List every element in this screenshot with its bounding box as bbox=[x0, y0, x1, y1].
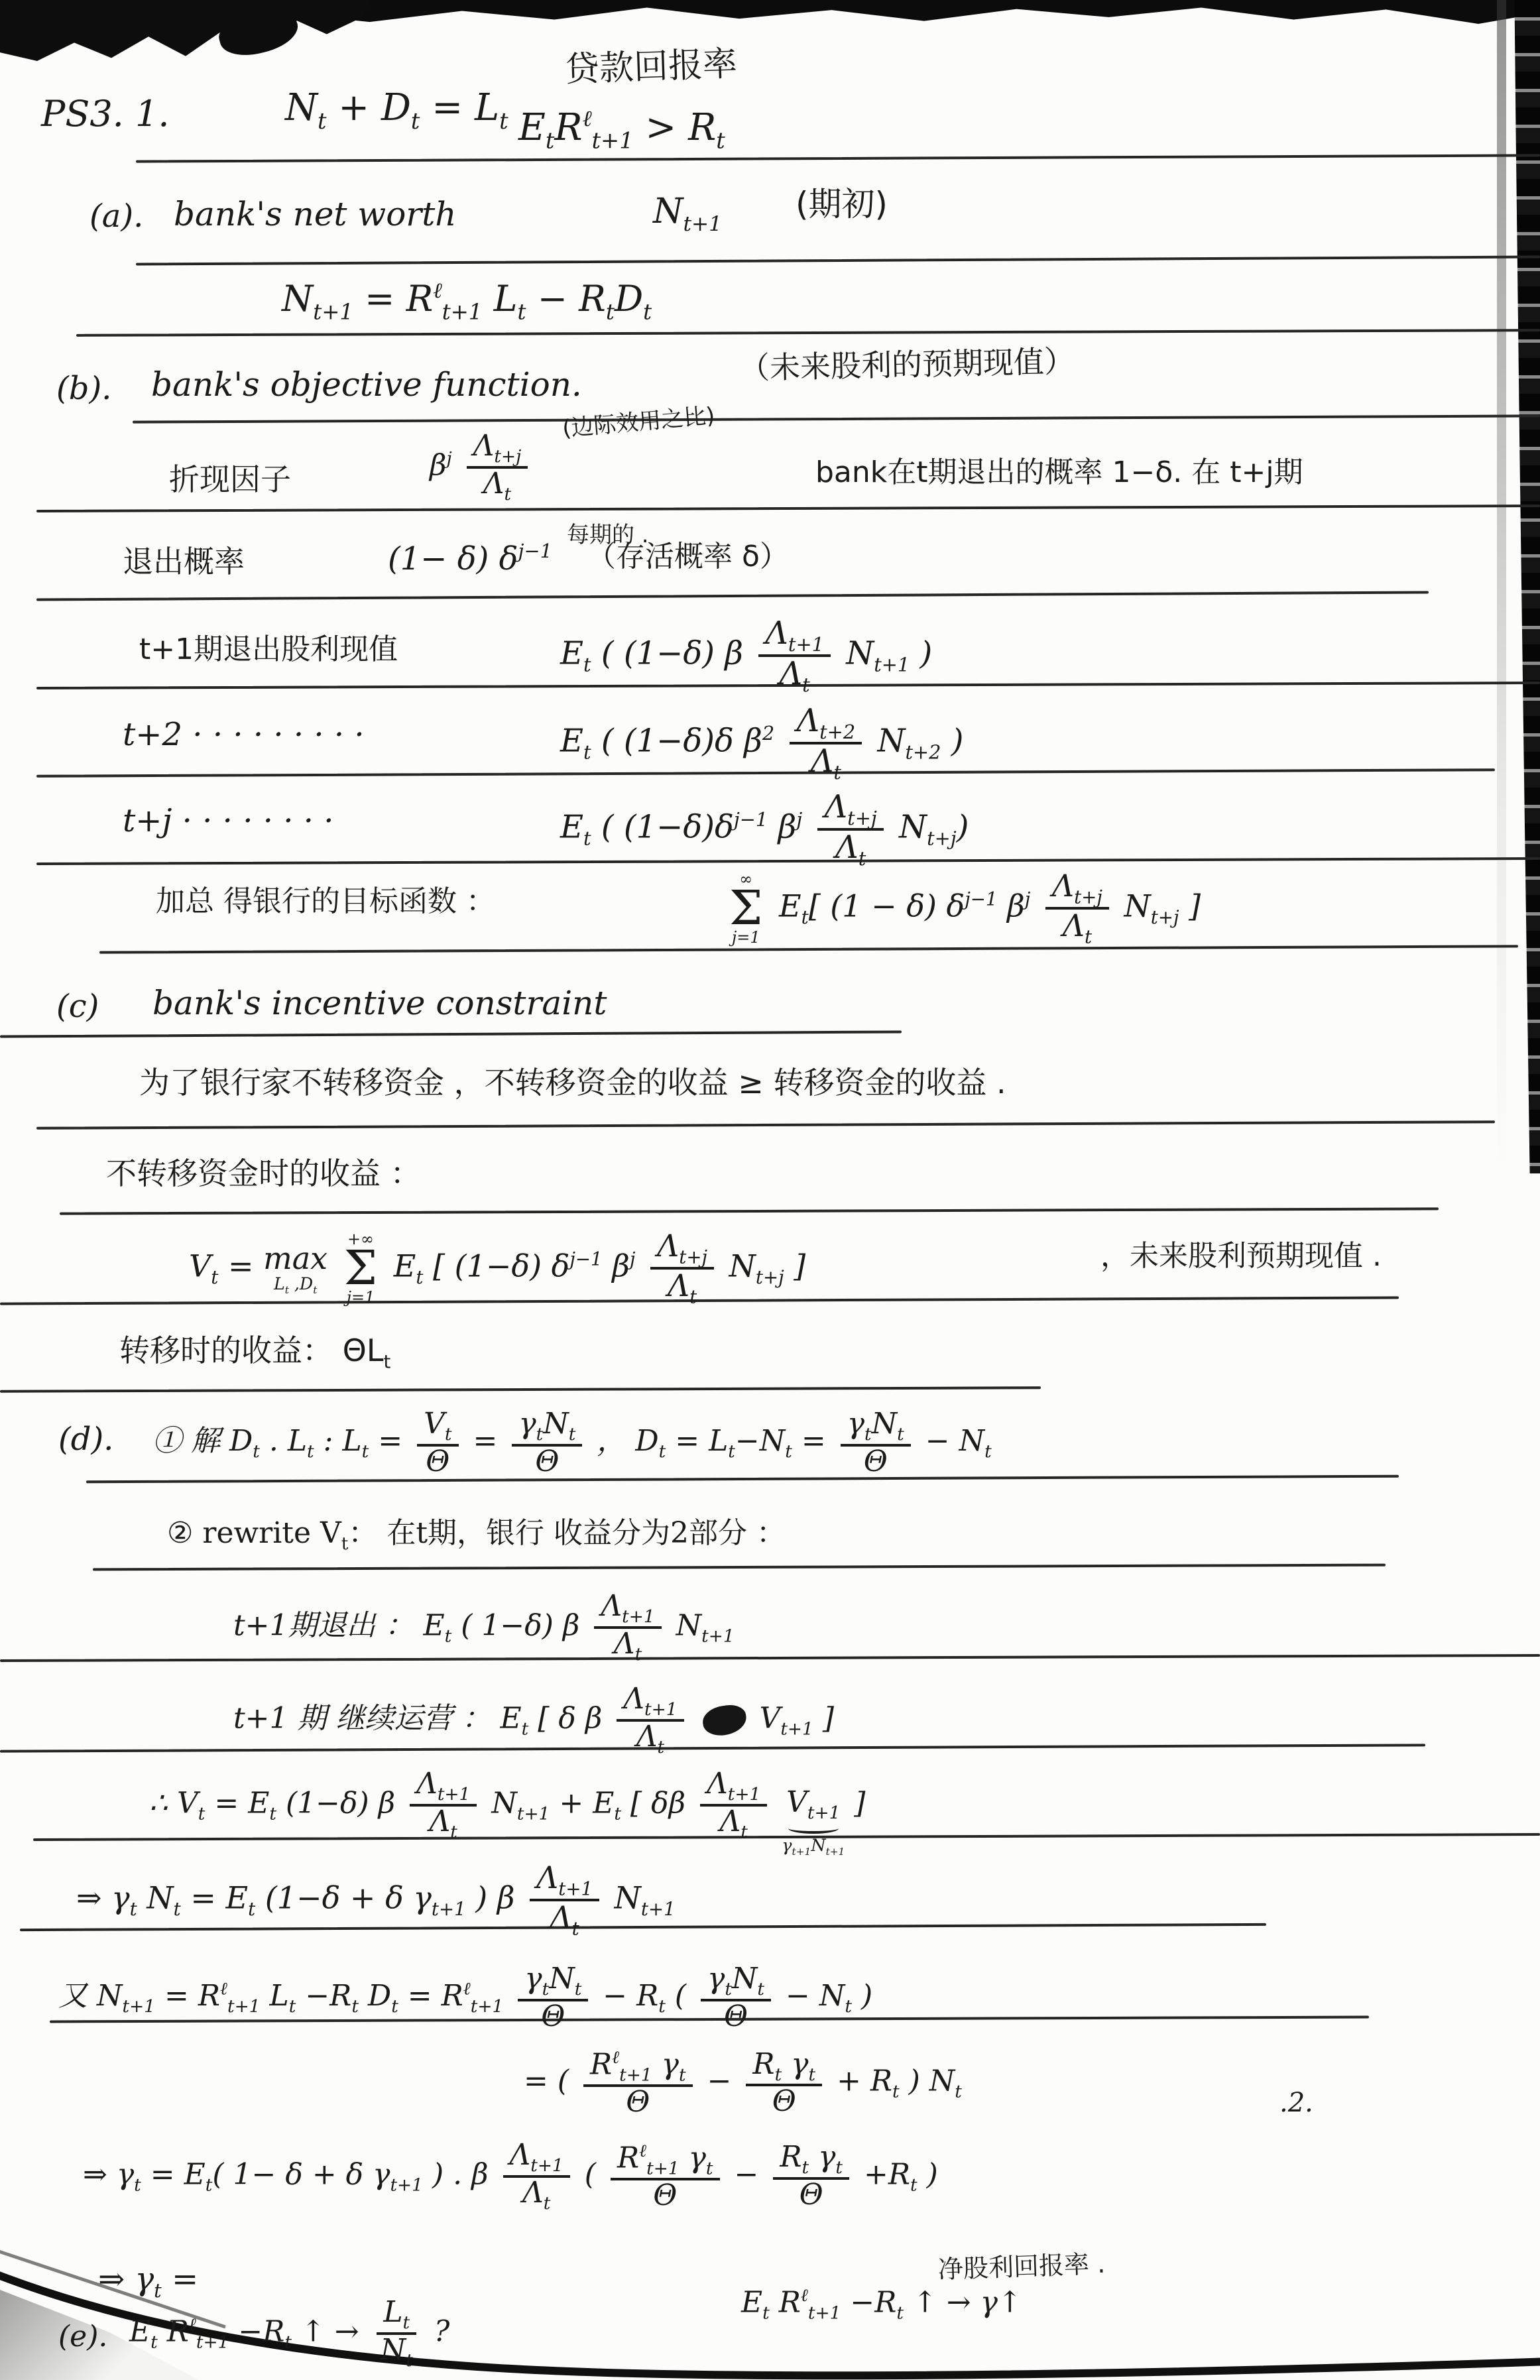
line-d2-rewrite: ② rewrite Vt： 在t期，银行 收益分为2部分 ： bbox=[167, 1517, 786, 1554]
line-c-argument: 为了银行家不转移资金 ，不转移资金的收益 ≥ 转移资金的收益 . bbox=[139, 1066, 1006, 1101]
ruled-line bbox=[133, 414, 1540, 423]
line-e-formula: Et Rℓt+1 −Rt ↑ → LtNt ? bbox=[129, 2297, 449, 2370]
line-c-no-transfer: 不转移资金时的收益 ： bbox=[106, 1157, 421, 1191]
ruled-line bbox=[0, 1386, 1041, 1392]
line-therefore-vt: ∴ Vt = Et (1−δ) β Λt+1Λt Nt+1 + Et [ δβ … bbox=[149, 1769, 865, 1857]
line-b-note: （未来股利的预期现值） bbox=[739, 345, 1075, 386]
ruled-line bbox=[60, 1207, 1439, 1215]
line-e-label: (e). bbox=[58, 2320, 107, 2353]
line-gamma-final: ⇒ γt = bbox=[98, 2262, 198, 2301]
line-exit-prob-formula: (1− δ) δj−1 bbox=[388, 540, 552, 577]
line-t2-formula: Et ( (1−δ)δ β2 Λt+2Λt Nt+2 ) bbox=[560, 704, 963, 782]
line-net-return-note: 净股利回报率 . bbox=[937, 2250, 1106, 2284]
ruled-line bbox=[136, 154, 1540, 162]
line-gamma-solve: ⇒ γt = Et( 1− δ + δ γt+1 ) . β Λt+1Λt ( … bbox=[83, 2140, 938, 2213]
line-v-formula: Vt = maxLt ,Dt +∞Σj=1 Et [ (1−δ) δj−1 βj… bbox=[189, 1230, 805, 1307]
line-sum-formula: ∞Σj=1 Et[ (1 − δ) δj−1 βj Λt+jΛt Nt+j ] bbox=[723, 870, 1201, 947]
scan-artifact-top-left bbox=[0, 0, 371, 61]
ruled-line bbox=[36, 1120, 1495, 1130]
line-d-label: (d). bbox=[58, 1422, 113, 1458]
ruled-line bbox=[93, 1564, 1386, 1571]
line-b-text: bank's objective function. bbox=[151, 366, 582, 403]
line-continue-t1: t+1 期 继续运营 ： Et [ δ β Λt+1Λt Vt+1 ] bbox=[233, 1684, 834, 1757]
line-discount-note: (边际效用之比) bbox=[562, 403, 716, 442]
line-tj-formula: Et ( (1−δ)δj−1 βj Λt+jΛt Nt+j) bbox=[560, 790, 969, 868]
line-survive-note: （存活概率 δ） bbox=[587, 540, 789, 573]
line-tj-label: t+j · · · · · · · · bbox=[123, 803, 334, 839]
line-a-text: bank's net worth bbox=[174, 196, 457, 233]
line-n-eq: 又 Nt+1 = Rℓt+1 Lt −Rt Dt = Rℓt+1 γtNtΘ −… bbox=[58, 1964, 872, 2032]
page-stack-edge-shadow bbox=[1497, 0, 1506, 1173]
page-stack-edge bbox=[1504, 0, 1540, 1173]
line-v-note: ，未来股利预期现值 . bbox=[1100, 1240, 1382, 1272]
page-number-marker: .2. bbox=[1279, 2088, 1313, 2118]
line-exit-prob-label: 退出概率 bbox=[123, 545, 245, 579]
line-c-label: (c) bbox=[56, 989, 99, 1025]
line-b-label: (b). bbox=[56, 371, 111, 407]
line-t2-label: t+2 · · · · · · · · · bbox=[123, 717, 365, 753]
line-discount-label: 折现因子 bbox=[169, 463, 291, 497]
line-sum-label: 加总 得银行的目标函数 ： bbox=[156, 885, 495, 918]
ruled-line bbox=[36, 591, 1429, 601]
line-a-variable: Nt+1 bbox=[653, 192, 722, 236]
page-title-annotation: 贷款回报率 bbox=[564, 44, 738, 89]
ruled-line bbox=[76, 329, 1540, 337]
line-exit-prob-note: bank在t期退出的概率 1−δ. 在 t+j期 bbox=[815, 456, 1303, 489]
line-a-note: (期初) bbox=[796, 186, 888, 223]
line-e-formula2: Et Rℓt+1 −Rt ↑ → γ↑ bbox=[741, 2286, 1022, 2323]
ruled-line bbox=[36, 505, 1540, 512]
notebook-page: 贷款回报率 PS3. 1. Nt + Dt = Lt EtRℓt+1 > Rt … bbox=[0, 0, 1540, 2380]
line-a-label: (a). bbox=[89, 199, 143, 235]
line-d-formula: ① 解 Dt . Lt : Lt = VtΘ = γtNtΘ ， Dt = Lt… bbox=[152, 1409, 992, 1477]
line-discount-formula: βj Λt+jΛt bbox=[430, 431, 533, 504]
line-t1-label: t+1期退出股利现值 bbox=[139, 633, 398, 666]
line-exit-t1: t+1期退出 ： Et ( 1−δ) β Λt+1Λt Nt+1 bbox=[233, 1591, 735, 1664]
ruled-line bbox=[0, 1654, 1540, 1662]
ruled-line bbox=[136, 255, 1540, 265]
line-a-formula: Nt+1 = Rℓt+1 Lt − RtDt bbox=[282, 278, 652, 324]
line-transfer-payoff: 转移时的收益： ΘLt bbox=[119, 1334, 390, 1372]
line-ps3-label: PS3. 1. bbox=[41, 94, 170, 134]
line-c-text: bank's incentive constraint bbox=[152, 984, 607, 1022]
line-ps3-eq-return: EtRℓt+1 > Rt bbox=[518, 106, 725, 153]
line-ps3-eq-balance: Nt + Dt = Lt bbox=[285, 88, 508, 133]
line-n-eq2: = ( Rℓt+1 γtΘ − Rt γtΘ + Rt ) Nt bbox=[524, 2049, 962, 2117]
line-gamma-eq: ⇒ γt Nt = Et (1−δ + δ γt+1 ) β Λt+1Λt Nt… bbox=[76, 1862, 676, 1939]
line-t1-formula: Et ( (1−δ) β Λt+1Λt Nt+1 ) bbox=[560, 617, 932, 695]
ruled-line bbox=[0, 1030, 902, 1038]
